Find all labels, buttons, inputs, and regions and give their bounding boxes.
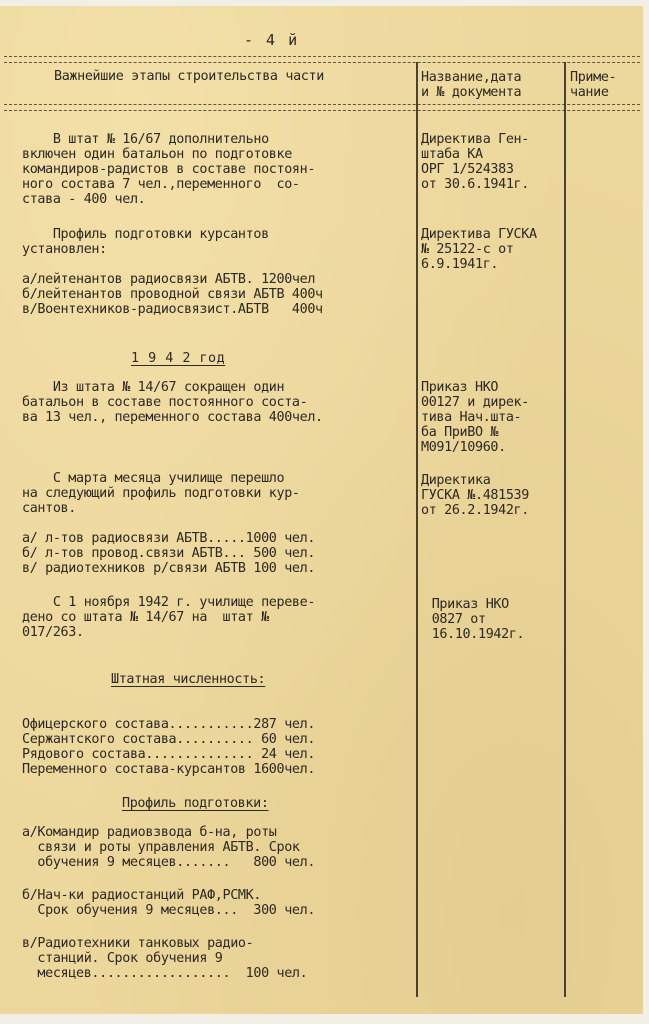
column-divider-2: [564, 62, 566, 997]
entry-text-3: Из штата № 14/67 сокращен один батальон …: [22, 380, 323, 425]
staffing-table: Офицерского состава...........287 чел. С…: [22, 717, 315, 777]
entry-text-5: С 1 ноября 1942 г. училище переве- дено …: [22, 595, 315, 640]
entry-document-5: Приказ НКО 0827 от 16.10.1942г.: [424, 597, 524, 642]
document-page: - 4 й Важнейшие этапы строительства част…: [0, 6, 643, 1014]
entry-document-4: Директика ГУСКА №.481539 от 26.2.1942г.: [421, 473, 529, 518]
header-bottom-rule: [4, 104, 640, 111]
entry-document-1: Директива Ген- штаба КА ОРГ 1/524383 от …: [421, 132, 529, 192]
column-divider-1: [416, 62, 418, 997]
entry-text-1: В штат № 16/67 дополнительно включен оди…: [22, 132, 315, 207]
year-heading: 1 9 4 2 год: [131, 351, 225, 366]
entry-document-2: Директива ГУСКА № 25122-с от 6.9.1941г.: [421, 227, 537, 272]
training-item-b: б/Нач-ки радиостанций РАФ,РСМК. Срок обу…: [22, 888, 315, 918]
header-top-rule: [4, 56, 640, 63]
training-item-c: в/Радиотехники танковых радио- станций. …: [22, 936, 307, 981]
training-profile-heading: Профиль подготовки:: [122, 796, 269, 811]
header-col-document-2: и № документа: [421, 85, 521, 100]
entry-text-2: Профиль подготовки курсантов установлен:…: [22, 227, 323, 317]
page-number: - 4 й: [244, 33, 299, 48]
training-item-a: а/Командир радиовзвода б-на, роты связи …: [22, 825, 315, 870]
header-col-note-2: чание: [570, 85, 609, 100]
header-col-stages: Важнейшие этапы строительства части: [54, 69, 324, 84]
header-col-document-1: Название,дата: [421, 70, 521, 85]
entry-text-4: С марта месяца училище перешло на следую…: [22, 471, 315, 576]
header-col-note-1: Приме-: [570, 70, 616, 85]
staffing-heading: Штатная численность:: [111, 672, 265, 687]
entry-document-3: Приказ НКО 00127 и дирек- тива Нач.шта- …: [421, 380, 529, 455]
